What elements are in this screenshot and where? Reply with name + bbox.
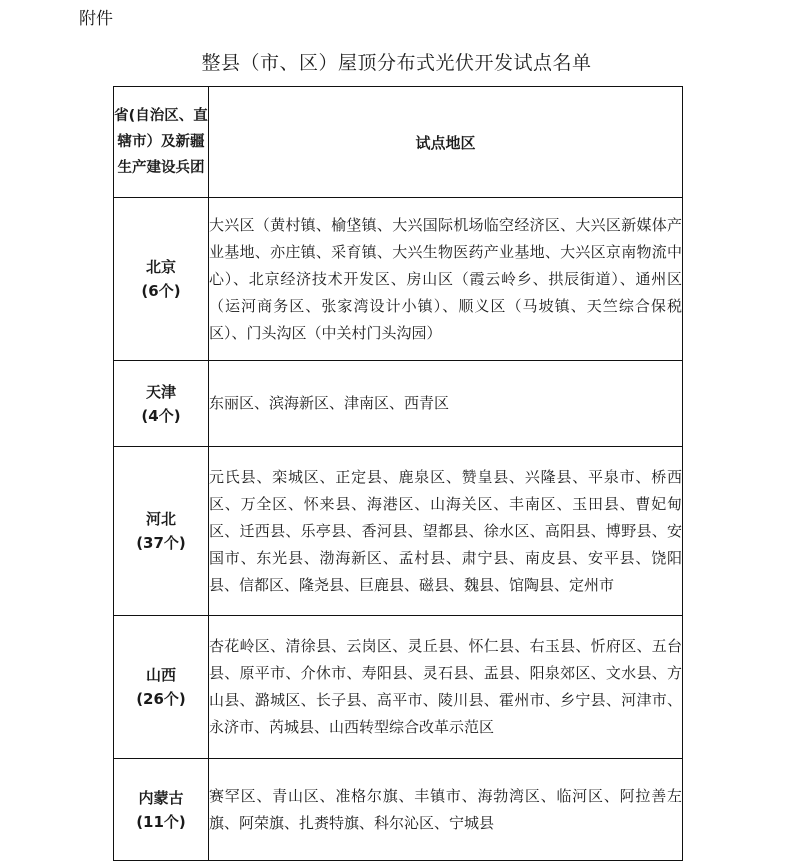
table-row: 北京 (6个) 大兴区（黄村镇、榆垡镇、大兴国际机场临空经济区、大兴区新媒体产业… xyxy=(114,198,683,361)
pilot-list-table: 省(自治区、直辖市）及新疆生产建设兵团 试点地区 北京 (6个) 大兴区（黄村镇… xyxy=(113,86,683,861)
header-province: 省(自治区、直辖市）及新疆生产建设兵团 xyxy=(114,87,209,198)
province-name: 天津 xyxy=(114,380,208,404)
province-name: 河北 xyxy=(114,507,208,531)
province-count: (37个) xyxy=(114,531,208,555)
province-count: (4个) xyxy=(114,404,208,428)
province-cell: 河北 (37个) xyxy=(114,447,209,616)
province-cell: 天津 (4个) xyxy=(114,361,209,447)
areas-cell: 杏花岭区、清徐县、云岗区、灵丘县、怀仁县、右玉县、忻府区、五台县、原平市、介休市… xyxy=(209,616,683,759)
province-name: 北京 xyxy=(114,255,208,279)
province-count: (26个) xyxy=(114,687,208,711)
attachment-label: 附件 xyxy=(79,8,113,30)
table-row: 山西 (26个) 杏花岭区、清徐县、云岗区、灵丘县、怀仁县、右玉县、忻府区、五台… xyxy=(114,616,683,759)
areas-cell: 大兴区（黄村镇、榆垡镇、大兴国际机场临空经济区、大兴区新媒体产业基地、亦庄镇、采… xyxy=(209,198,683,361)
areas-cell: 元氏县、栾城区、正定县、鹿泉区、赞皇县、兴隆县、平泉市、桥西区、万全区、怀来县、… xyxy=(209,447,683,616)
province-cell: 北京 (6个) xyxy=(114,198,209,361)
province-cell: 山西 (26个) xyxy=(114,616,209,759)
document-title: 整县（市、区）屋顶分布式光伏开发试点名单 xyxy=(0,50,793,76)
province-cell: 内蒙古 (11个) xyxy=(114,759,209,861)
province-name: 内蒙古 xyxy=(114,786,208,810)
province-count: (6个) xyxy=(114,279,208,303)
table-row: 内蒙古 (11个) 赛罕区、青山区、准格尔旗、丰镇市、海勃湾区、临河区、阿拉善左… xyxy=(114,759,683,861)
table-header-row: 省(自治区、直辖市）及新疆生产建设兵团 试点地区 xyxy=(114,87,683,198)
areas-cell: 赛罕区、青山区、准格尔旗、丰镇市、海勃湾区、临河区、阿拉善左旗、阿荣旗、扎赉特旗… xyxy=(209,759,683,861)
areas-cell: 东丽区、滨海新区、津南区、西青区 xyxy=(209,361,683,447)
table-row: 河北 (37个) 元氏县、栾城区、正定县、鹿泉区、赞皇县、兴隆县、平泉市、桥西区… xyxy=(114,447,683,616)
header-pilot-areas: 试点地区 xyxy=(209,87,683,198)
province-name: 山西 xyxy=(114,663,208,687)
province-count: (11个) xyxy=(114,810,208,834)
table-row: 天津 (4个) 东丽区、滨海新区、津南区、西青区 xyxy=(114,361,683,447)
